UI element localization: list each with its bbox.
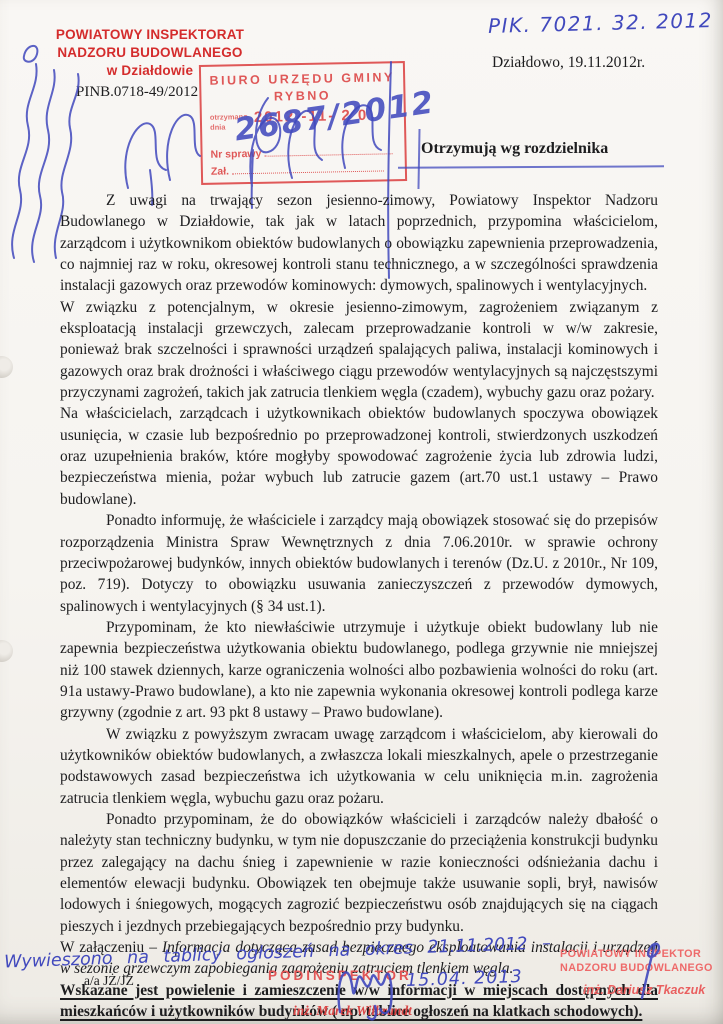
file-reference: a/a JŻ/JŻ <box>84 973 134 989</box>
right-stamp-line1: POWIATOWY INSPEKTOR <box>560 948 713 962</box>
attachments-label: Zał. <box>211 165 229 177</box>
received-stamp: BIURO URZĘDU GMINY RYBNO otrzymano dnia … <box>199 61 407 185</box>
left-signer-title-stamp: PODINSPEKTOR <box>268 968 412 983</box>
paragraph: W związku z powyższym zwracam uwagę zarz… <box>60 724 658 809</box>
letterhead-line2: NADZORU BUDOWLANEGO <box>55 44 245 62</box>
hole-punch-top <box>0 356 13 378</box>
left-signer-name-stamp: inż. Marek Wilbrandt <box>293 1003 412 1019</box>
letterhead-line1: POWIATOWY INSPEKTORAT <box>55 26 245 44</box>
hole-punch-bottom <box>0 640 13 662</box>
letter-body: Z uwagi na trwający sezon jesienno-zimow… <box>60 190 658 1022</box>
right-signer-title-stamp: POWIATOWY INSPEKTOR NADZORU BUDOWLANEGO <box>560 948 713 976</box>
pen-vertical-mark <box>417 129 420 189</box>
paragraph: Ponadto przypominam, że do obowiązków wł… <box>60 809 658 937</box>
right-signer-name-stamp: inż. Dariusz Tkaczuk <box>583 983 705 997</box>
dotted-leader <box>264 143 392 156</box>
scanned-letter-page: POWIATOWY INSPEKTORAT NADZORU BUDOWLANEG… <box>0 0 723 1024</box>
case-number: PINB.0718-49/2012 <box>76 84 198 101</box>
pen-underline <box>398 165 664 168</box>
paragraph: Przypominam, że kto niewłaściwie utrzymu… <box>60 617 658 724</box>
distribution-note: Otrzymują wg rozdzielnika <box>421 140 608 158</box>
handwritten-reference-number: PIK. 7021. 32. 2012 <box>488 8 714 38</box>
paragraph: Na właścicielach, zarządcach i użytkowni… <box>60 403 658 510</box>
paragraph: W związku z potencjalnym, w okresie jesi… <box>60 297 658 404</box>
case-no-label: Nr sprawy <box>210 148 261 161</box>
paragraph: Z uwagi na trwający sezon jesienno-zimow… <box>60 190 658 297</box>
handwritten-posting-note-line2: 15.04. 2013 <box>406 967 523 991</box>
attachments-row: Zał. <box>211 160 384 177</box>
paragraph: Ponadto informuję, że właściciele i zarz… <box>60 510 658 617</box>
dotted-leader <box>232 160 384 174</box>
right-stamp-line2: NADZORU BUDOWLANEGO <box>560 962 713 976</box>
place-and-date: Działdowo, 19.11.2012r. <box>492 54 645 72</box>
